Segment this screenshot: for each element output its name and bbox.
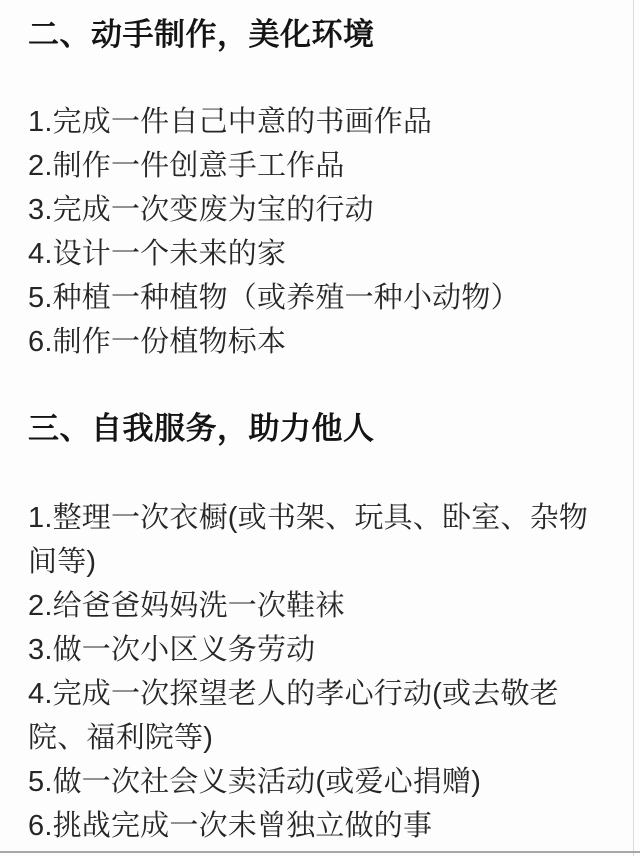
handwork-task-list: 1.完成一件自己中意的书画作品 2.制作一件创意手工作品 3.完成一次变废为宝的… xyxy=(28,100,614,364)
list-item: 2.给爸爸妈妈洗一次鞋袜 xyxy=(28,584,614,628)
list-item: 3.做一次小区义务劳动 xyxy=(28,628,614,672)
section-self-service-help-others: 三、自我服务，助力他人 1.整理一次衣橱(或书架、玩具、卧室、杂物间等) 2.给… xyxy=(28,408,614,848)
list-item: 1.整理一次衣橱(或书架、玩具、卧室、杂物间等) xyxy=(28,496,614,584)
list-item: 6.挑战完成一次未曾独立做的事 xyxy=(28,804,614,848)
bottom-edge-divider xyxy=(0,851,640,853)
list-item: 3.完成一次变废为宝的行动 xyxy=(28,188,614,232)
section-heading: 三、自我服务，助力他人 xyxy=(28,408,614,450)
checklist-page: 二、动手制作，美化环境 1.完成一件自己中意的书画作品 2.制作一件创意手工作品… xyxy=(0,0,640,856)
list-item: 2.制作一件创意手工作品 xyxy=(28,144,614,188)
section-heading: 二、动手制作，美化环境 xyxy=(28,14,614,56)
list-item: 5.做一次社会义卖活动(或爱心捐赠) xyxy=(28,760,614,804)
self-service-task-list: 1.整理一次衣橱(或书架、玩具、卧室、杂物间等) 2.给爸爸妈妈洗一次鞋袜 3.… xyxy=(28,496,614,848)
list-item: 5.种植一种植物（或养殖一种小动物） xyxy=(28,276,614,320)
list-item: 4.完成一次探望老人的孝心行动(或去敬老院、福利院等) xyxy=(28,672,614,760)
right-edge-divider xyxy=(633,0,634,856)
list-item: 4.设计一个未来的家 xyxy=(28,232,614,276)
list-item: 1.完成一件自己中意的书画作品 xyxy=(28,100,614,144)
list-item: 6.制作一份植物标本 xyxy=(28,320,614,364)
section-handwork-beautify: 二、动手制作，美化环境 1.完成一件自己中意的书画作品 2.制作一件创意手工作品… xyxy=(28,14,614,364)
